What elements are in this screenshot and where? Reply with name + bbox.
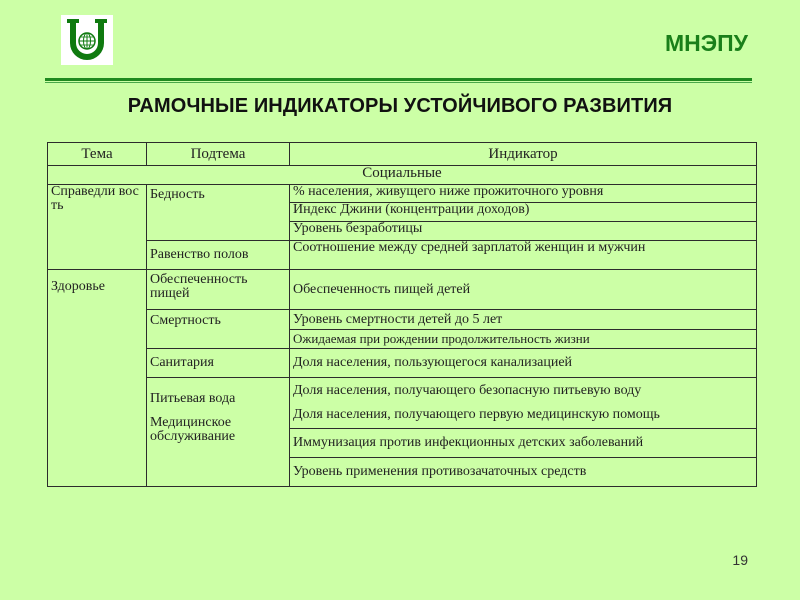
subtheme-cell: Смертность: [147, 310, 290, 349]
subtheme-cell: Питьевая вода Медицинское обслуживание: [147, 378, 290, 487]
table-row: Здоровье Обеспеченность пищей Обеспеченн…: [48, 270, 757, 310]
theme-cell: Здоровье: [48, 270, 147, 487]
column-header-subtheme: Подтема: [147, 143, 290, 166]
indicator-cell: Уровень смертности детей до 5 лет: [290, 310, 757, 330]
indicator-cell: Ожидаемая при рождении продолжительность…: [290, 330, 757, 349]
table-header-row: Тема Подтема Индикатор: [48, 143, 757, 166]
theme-cell: Справедли вость: [48, 185, 147, 270]
subtheme-water: Питьевая вода: [150, 391, 235, 406]
indicator-cell: Обеспеченность пищей детей: [290, 270, 757, 310]
indicator-cell: Доля населения, пользующегося канализаци…: [290, 349, 757, 378]
indicators-table: Тема Подтема Индикатор Социальные Справе…: [47, 142, 757, 487]
indicator-water: Доля населения, получающего безопасную п…: [293, 383, 641, 398]
section-row: Социальные: [48, 166, 757, 185]
subtheme-medical: Медицинское обслуживание: [150, 416, 286, 444]
indicator-cell: Иммунизация против инфекционных детских …: [290, 429, 757, 458]
page-title: РАМОЧНЫЕ ИНДИКАТОРЫ УСТОЙЧИВОГО РАЗВИТИЯ: [0, 95, 800, 118]
subtheme-cell: Санитария: [147, 349, 290, 378]
table-row: Смертность Уровень смертности детей до 5…: [48, 310, 757, 330]
subtheme-cell: Бедность: [147, 185, 290, 241]
brand-name: МНЭПУ: [665, 30, 748, 57]
page-number: 19: [732, 552, 748, 568]
header-rule: [45, 78, 752, 81]
subtheme-cell: Равенство полов: [147, 241, 290, 270]
indicator-cell: % населения, живущего ниже прожиточного …: [290, 185, 757, 203]
table-row: Равенство полов Соотношение между средне…: [48, 241, 757, 270]
indicator-cell: Уровень применения противозачаточных сре…: [290, 458, 757, 487]
indicator-cell: Доля населения, получающего безопасную п…: [290, 378, 757, 429]
indicator-medical: Доля населения, получающего первую медиц…: [293, 408, 753, 422]
subtheme-cell: Обеспеченность пищей: [147, 270, 290, 310]
table-row: Питьевая вода Медицинское обслуживание Д…: [48, 378, 757, 429]
column-header-theme: Тема: [48, 143, 147, 166]
indicator-cell: Соотношение между средней зарплатой женщ…: [290, 241, 757, 270]
section-label: Социальные: [48, 166, 757, 185]
university-globe-logo-icon: [61, 15, 113, 65]
table-row: Справедли вость Бедность % населения, жи…: [48, 185, 757, 203]
indicator-cell: Уровень безработицы: [290, 222, 757, 241]
column-header-indicator: Индикатор: [290, 143, 757, 166]
indicator-cell: Индекс Джини (концентрации доходов): [290, 203, 757, 222]
header-rule-thin: [45, 82, 752, 83]
table-row: Санитария Доля населения, пользующегося …: [48, 349, 757, 378]
university-logo: [61, 15, 113, 65]
